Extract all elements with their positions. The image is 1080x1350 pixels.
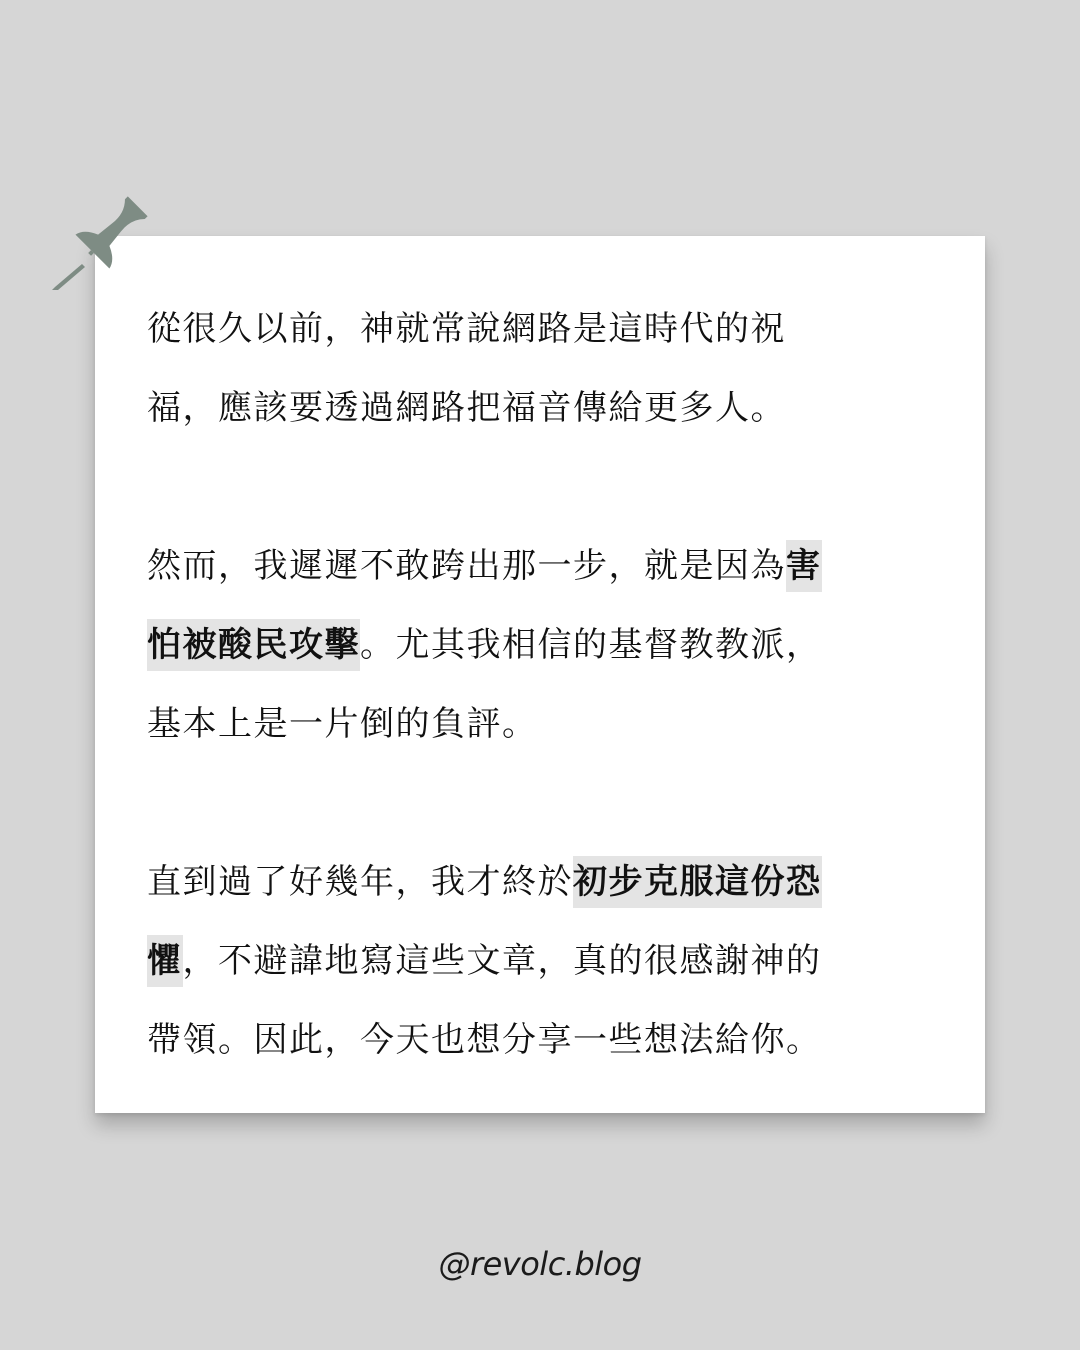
- line-2: 福，應該要透過網路把福音傳給更多人。: [147, 388, 786, 428]
- line-4: 。尤其我相信的基督教教派，: [360, 625, 822, 665]
- note-text: 從很久以前，神就常說網路是這時代的祝 福，應該要透過網路把福音傳給更多人。 然而…: [147, 290, 917, 1080]
- highlighted-phrase: 怕被酸民攻擊: [147, 619, 360, 671]
- line-5: 基本上是一片倒的負評。: [147, 704, 538, 744]
- highlighted-phrase: 初步克服這份恐: [573, 856, 822, 908]
- paragraph-1: 從很久以前，神就常說網路是這時代的祝 福，應該要透過網路把福音傳給更多人。: [147, 290, 917, 448]
- paragraph-3: 直到過了好幾年，我才終於初步克服這份恐 懼，不避諱地寫這些文章，真的很感謝神的 …: [147, 843, 917, 1080]
- blog-handle: @revolc.blog: [0, 1245, 1080, 1283]
- line-7: ，不避諱地寫這些文章，真的很感謝神的: [183, 941, 822, 981]
- pushpin-icon: [48, 184, 160, 296]
- line-1: 從很久以前，神就常說網路是這時代的祝: [147, 309, 786, 349]
- line-8: 帶領。因此，今天也想分享一些想法給你。: [147, 1020, 822, 1060]
- line-6: 直到過了好幾年，我才終於: [147, 862, 573, 902]
- line-3: 然而，我遲遲不敢跨出那一步，就是因為: [147, 546, 786, 586]
- highlighted-phrase: 懼: [147, 935, 183, 987]
- paragraph-2: 然而，我遲遲不敢跨出那一步，就是因為害 怕被酸民攻擊。尤其我相信的基督教教派， …: [147, 527, 917, 764]
- highlighted-phrase: 害: [786, 540, 822, 592]
